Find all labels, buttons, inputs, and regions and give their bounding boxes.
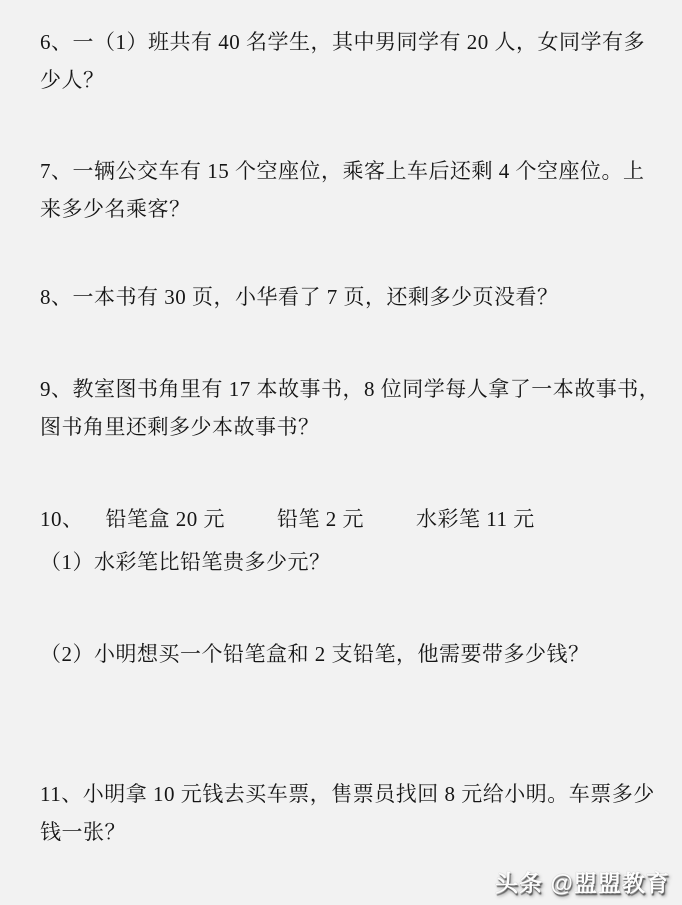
problem-11: 11、小明拿 10 元钱去买车票，售票员找回 8 元给小明。车票多少钱一张？ [40, 775, 662, 851]
problem-10-pencil-box-price: 铅笔盒 20 元 [106, 500, 226, 538]
problem-10-watercolor-pen-price: 水彩笔 11 元 [416, 500, 535, 538]
problem-10-header: 10、 铅笔盒 20 元 铅笔 2 元 水彩笔 11 元 [40, 500, 662, 538]
problem-10-sub-question-1: （1）水彩笔比铅笔贵多少元？ [40, 543, 662, 581]
problem-6: 6、一（1）班共有 40 名学生，其中男同学有 20 人，女同学有多少人？ [40, 23, 662, 99]
problem-10-sub-question-2: （2）小明想买一个铅笔盒和 2 支铅笔，他需要带多少钱？ [40, 635, 662, 673]
problem-9: 9、教室图书角里有 17 本故事书，8 位同学每人拿了一本故事书，图书角里还剩多… [40, 370, 662, 446]
problem-8: 8、一本书有 30 页，小华看了 7 页，还剩多少页没看？ [40, 278, 662, 316]
problem-10-number: 10、 [40, 500, 84, 538]
worksheet-page: 6、一（1）班共有 40 名学生，其中男同学有 20 人，女同学有多少人？ 7、… [0, 0, 682, 905]
watermark: 头条 @盟盟教育 [495, 865, 670, 898]
problem-10-pencil-price: 铅笔 2 元 [277, 500, 364, 538]
problem-7: 7、一辆公交车有 15 个空座位，乘客上车后还剩 4 个空座位。上来多少名乘客？ [40, 152, 662, 228]
